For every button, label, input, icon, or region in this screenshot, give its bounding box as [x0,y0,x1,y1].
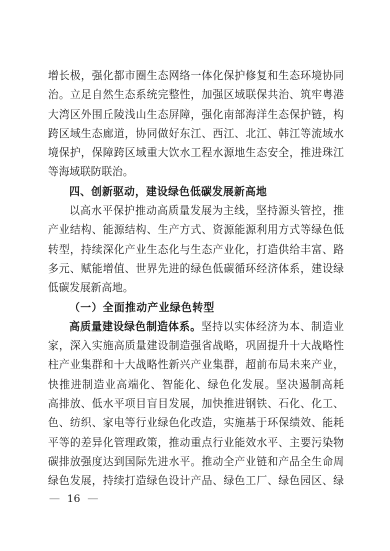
text-line: （一）全面推动产业绿色转型 [48,299,344,318]
text-line: 转型，持续深化产业生态化与生态产业化，打造供给丰富、路径 [48,241,344,260]
text-line: 高质量建设绿色制造体系。坚持以实体经济为本、制造业当 [48,318,344,337]
subsection-heading-one: （一）全面推动产业绿色转型 [48,299,344,318]
text-line: 碳排放强度达到国际先进水平。推动全产业链和产品全生命周期 [48,453,344,472]
text-line: 以高水平保护推动高质量发展为主线，坚持源头管控，推进 [48,202,344,221]
text-line: 四、创新驱动，建设绿色低碳发展新高地 [48,183,344,202]
text-line: 家，深入实施高质量建设制造强省战略，巩固提升十大战略性支 [48,337,344,356]
page-footer: — 16 — [49,492,98,506]
text-line: 低碳发展新高地。 [48,279,344,298]
text-line: 柱产业集群和十大战略性新兴产业集群，超前布局未来产业，加 [48,356,344,375]
text-line: 产业结构、能源结构、生产方式、资源能源利用方式等绿色低碳 [48,221,344,240]
document-page: 增长极，强化都市圈生态网络一体化保护修复和生态环境协同共治。立足自然生态系统完整… [0,0,390,551]
text-line: 治。立足自然生态系统完整性，加强区域联保共治、筑牢粤港澳 [48,86,344,105]
text-line: 平等的差异化管理政策，推动重点行业能效水平、主要污染物和 [48,434,344,453]
text-line: 跨区域生态廊道，协同做好东江、西江、北江、韩江等流域水环 [48,125,344,144]
footer-dash-left: — [49,492,60,506]
text-line: 增长极，强化都市圈生态网络一体化保护修复和生态环境协同共 [48,67,344,86]
text-line: 快推进制造业高端化、智能化、绿色化发展。坚决遏制高耗能、 [48,376,344,395]
text-line: 高排放、低水平项目盲目发展，加快推进钢铁、石化、化工、有 [48,395,344,414]
text-line: 大湾区外围丘陵浅山生态屏障，强化南部海洋生态保护链，构建 [48,106,344,125]
paragraph-green-lowcarbon-intro: 以高水平保护推动高质量发展为主线，坚持源头管控，推进产业结构、能源结构、生产方式… [48,202,344,298]
paragraph-green-manufacturing: 高质量建设绿色制造体系。坚持以实体经济为本、制造业当家，深入实施高质量建设制造强… [48,318,344,492]
text-line: 色、纺织、家电等行业绿色化改造，实施基于环保绩效、能耗水 [48,414,344,433]
page-number: 16 [67,492,80,506]
footer-dash-right: — [87,492,98,506]
bold-lead-in: 高质量建设绿色制造体系。 [69,321,201,333]
text-line: 绿色发展，持续打造绿色设计产品、绿色工厂、绿色园区、绿色 [48,472,344,491]
text-line: 境保护，保障跨区域重大饮水工程水源地生态安全，推进珠江口 [48,144,344,163]
paragraph-regional-ecology: 增长极，强化都市圈生态网络一体化保护修复和生态环境协同共治。立足自然生态系统完整… [48,67,344,183]
document-body: 增长极，强化都市圈生态网络一体化保护修复和生态环境协同共治。立足自然生态系统完整… [48,67,344,492]
section-heading-four: 四、创新驱动，建设绿色低碳发展新高地 [48,183,344,202]
text-line: 等海域联防联治。 [48,163,344,182]
text-line: 多元、赋能增值、世界先进的绿色低碳循环经济体系，建设绿色 [48,260,344,279]
